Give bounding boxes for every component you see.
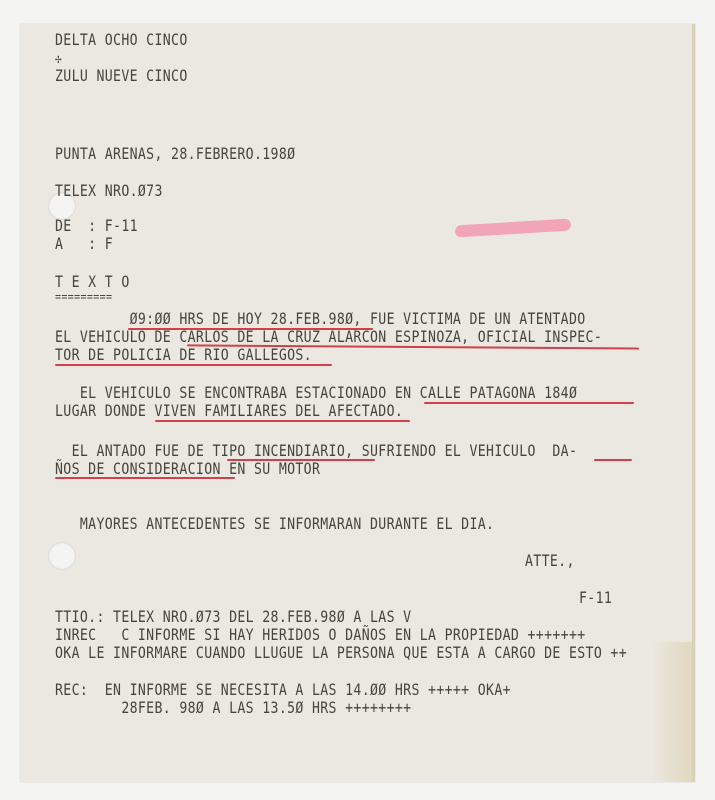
body-p1-line-3: TOR DE POLICIA DE RIO GALLEGOS. xyxy=(55,347,312,365)
place-date: PUNTA ARENAS, 28.FEBRERO.198Ø xyxy=(55,146,295,164)
footer-line-1: TTIO.: TELEX NRO.Ø73 DEL 28.FEB.98Ø A LA… xyxy=(55,609,411,627)
to-field: A : F xyxy=(55,236,113,254)
underline xyxy=(55,364,332,366)
body-p4: MAYORES ANTECEDENTES SE INFORMARAN DURAN… xyxy=(55,516,494,534)
signature: F-11 xyxy=(579,590,612,608)
underline xyxy=(155,420,410,422)
underline xyxy=(128,328,373,330)
texto-rule: ========= xyxy=(55,291,112,304)
underline xyxy=(424,402,634,404)
document-text: DELTA OCHO CINCO ✢ ZULU NUEVE CINCO PUNT… xyxy=(55,0,705,800)
underline xyxy=(227,459,375,461)
separator-icon: ✢ xyxy=(55,51,62,66)
body-p2-line-1: EL VEHICULO SE ENCONTRABA ESTACIONADO EN… xyxy=(55,385,577,403)
underline xyxy=(594,459,632,461)
texto-label: T E X T O xyxy=(55,274,130,292)
from-field: DE : F-11 xyxy=(55,218,138,236)
telex-number: TELEX NRO.Ø73 xyxy=(55,183,163,201)
body-p1-line-1: Ø9:ØØ HRS DE HOY 28.FEB.98Ø, FUE VICTIMA… xyxy=(55,311,586,329)
footer-line-2: INREC C INFORME SI HAY HERIDOS O DAÑOS E… xyxy=(55,627,586,645)
body-p2-line-2: LUGAR DONDE VIVEN FAMILIARES DEL AFECTAD… xyxy=(55,403,403,421)
body-p1-line-2: EL VEHICULO DE CARLOS DE LA CRUZ ALARCON… xyxy=(55,329,602,347)
header-line-1: DELTA OCHO CINCO xyxy=(55,32,188,50)
footer-line-3: OKA LE INFORMARE CUANDO LLUGUE LA PERSON… xyxy=(55,645,627,663)
header-line-2: ZULU NUEVE CINCO xyxy=(55,68,188,86)
rec-line-2: 28FEB. 98Ø A LAS 13.5Ø HRS ++++++++ xyxy=(55,700,411,718)
rec-line-1: REC: EN INFORME SE NECESITA A LAS 14.ØØ … xyxy=(55,682,511,700)
underline xyxy=(55,477,235,479)
closing: ATTE., xyxy=(525,553,575,571)
